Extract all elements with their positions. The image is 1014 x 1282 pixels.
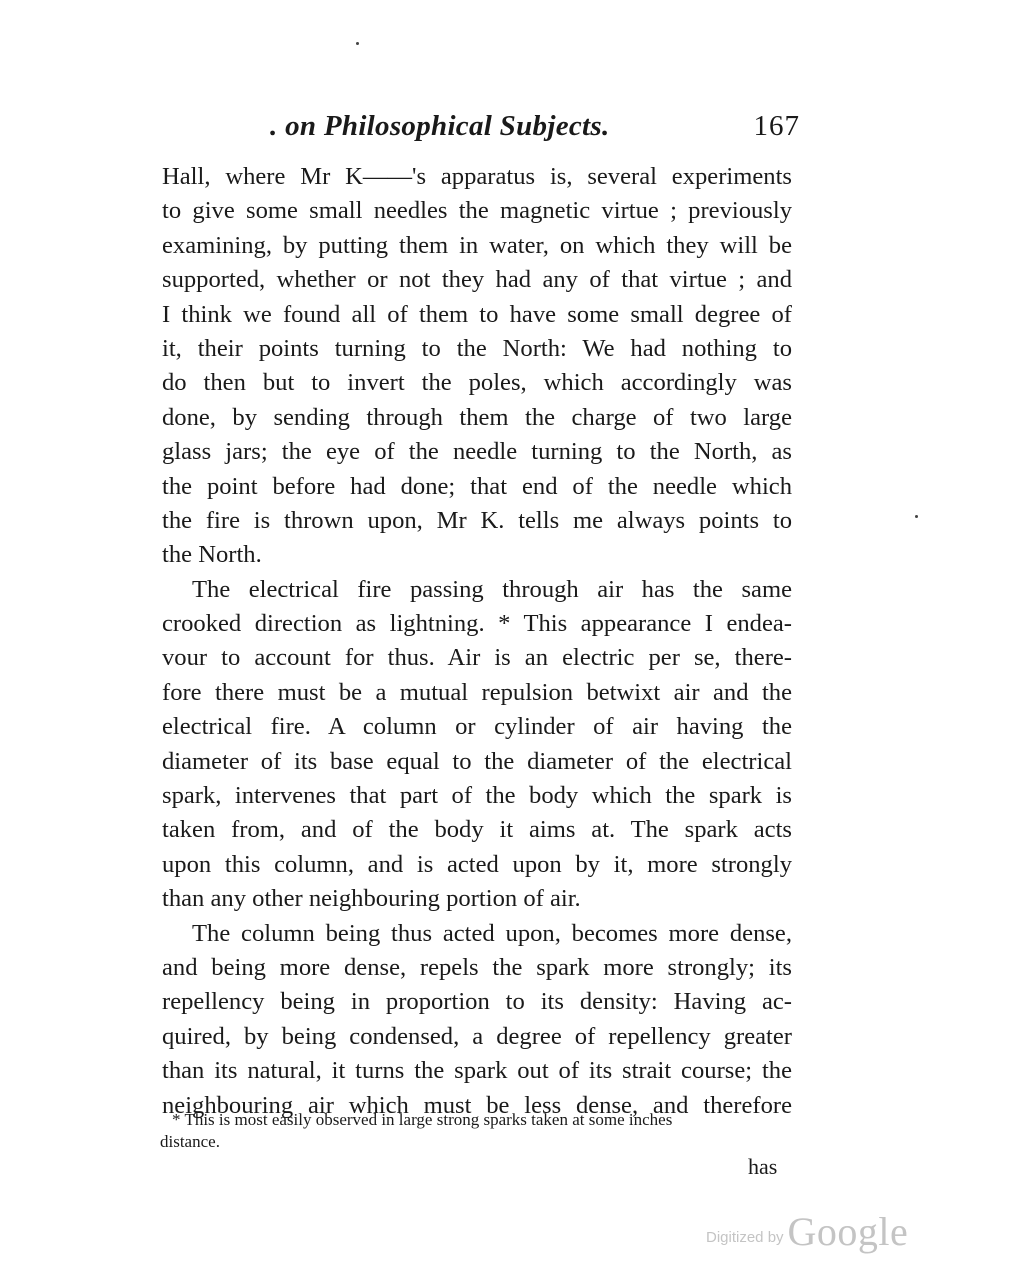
text-line: quired, by being condensed, a degree of … — [162, 1020, 792, 1054]
page-header: . on Philosophical Subjects. 167 — [270, 110, 800, 150]
book-page: . on Philosophical Subjects. 167 Hall, w… — [0, 0, 1014, 1282]
running-title: . on Philosophical Subjects. — [270, 110, 610, 143]
text-line: the fire is thrown upon, Mr K. tells me … — [162, 504, 792, 538]
text-line: taken from, and of the body it aims at. … — [162, 813, 792, 847]
text-line: it, their points turning to the North: W… — [162, 332, 792, 366]
text-line: do then but to invert the poles, which a… — [162, 366, 792, 400]
text-line: to give some small needles the magnetic … — [162, 194, 792, 228]
text-line: vour to account for thus. Air is an elec… — [162, 641, 792, 675]
body-text: Hall, where Mr K——'s apparatus is, sever… — [162, 160, 792, 1123]
footnote-line: distance. — [160, 1131, 790, 1153]
paragraph-start-line: The electrical fire passing through air … — [162, 573, 792, 607]
catchword: has — [748, 1154, 777, 1180]
text-line: I think we found all of them to have som… — [162, 298, 792, 332]
text-line: done, by sending through them the charge… — [162, 401, 792, 435]
digitized-by-google-watermark: Digitized by Google — [706, 1208, 908, 1255]
text-line: the North. — [162, 538, 792, 572]
text-line: upon this column, and is acted upon by i… — [162, 848, 792, 882]
text-line: fore there must be a mutual repulsion be… — [162, 676, 792, 710]
text-line: glass jars; the eye of the needle turnin… — [162, 435, 792, 469]
paragraph-start-line: The column being thus acted upon, become… — [162, 917, 792, 951]
text-line: spark, intervenes that part of the body … — [162, 779, 792, 813]
text-line: diameter of its base equal to the diamet… — [162, 745, 792, 779]
page-number: 167 — [754, 110, 801, 143]
text-line: the point before had done; that end of t… — [162, 470, 792, 504]
scan-speck — [915, 515, 918, 518]
watermark-prefix: Digitized by — [706, 1229, 784, 1246]
text-line: than its natural, it turns the spark out… — [162, 1054, 792, 1088]
text-line: than any other neighbouring portion of a… — [162, 882, 792, 916]
text-line: crooked direction as lightning. * This a… — [162, 607, 792, 641]
text-line: and being more dense, repels the spark m… — [162, 951, 792, 985]
text-line: supported, whether or not they had any o… — [162, 263, 792, 297]
text-line: electrical fire. A column or cylinder of… — [162, 710, 792, 744]
footnote-line: * This is most easily observed in large … — [160, 1109, 790, 1131]
scan-speck — [356, 42, 359, 45]
text-line: Hall, where Mr K——'s apparatus is, sever… — [162, 160, 792, 194]
google-logo-text: Google — [788, 1209, 909, 1254]
text-line: repellency being in proportion to its de… — [162, 985, 792, 1019]
footnote: * This is most easily observed in large … — [160, 1109, 790, 1153]
text-line: examining, by putting them in water, on … — [162, 229, 792, 263]
